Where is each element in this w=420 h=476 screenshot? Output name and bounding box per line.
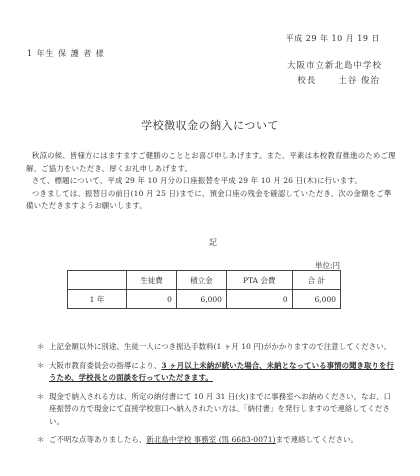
contact-info: 新北島中学校 事務室 (℡ 6683-0071) [146,435,275,444]
note-text-plain: まで連絡してください。 [276,435,358,444]
school-name: 大阪市立新北島中学校 [287,59,382,71]
note-text: 大阪市教育委員会の指導により、3 ヶ月以上未納が続いた場合、未納となっている事情… [49,360,397,385]
table-cell: 0 [127,290,177,309]
body-paragraph: さて、標題について、平成 29 年 10 月分の口座振替を平成 29 年 10 … [26,175,396,188]
note-text: ご不明な点等ありましたら、新北島中学校 事務室 (℡ 6683-0071)まで連… [49,434,397,447]
page-title: 学校徴収金の納入について [0,117,420,133]
table-row: 1 年 0 6,000 0 6,000 [68,290,341,309]
asterisk-icon: ＊ [37,360,49,385]
table-header-row: 生徒費 積立金 PTA 会費 合 計 [68,271,341,290]
asterisk-icon: ＊ [37,434,49,447]
asterisk-icon: ＊ [37,391,49,429]
note-text-plain: ご不明な点等ありましたら、 [49,435,146,444]
note-text-plain: 大阪市教育委員会の指導により、 [49,361,161,370]
column-header: 積立金 [176,271,226,290]
recipient: 1 年生 保 護 者 様 [27,48,105,59]
note-item: ＊ 上記金額以外に別途、生徒一人につき振込手数料(1 ヶ月 10 円)がかかりま… [37,341,397,354]
note-text: 上記金額以外に別途、生徒一人につき振込手数料(1 ヶ月 10 円)がかかりますの… [49,341,397,354]
body-paragraph: 秋涼の候、皆様方にはますますご健勝のこととお喜び申しあげます。また、平素は本校教… [26,150,396,175]
notes-list: ＊ 上記金額以外に別途、生徒一人につき振込手数料(1 ヶ月 10 円)がかかりま… [37,341,397,453]
asterisk-icon: ＊ [37,341,49,354]
fee-table: 生徒費 積立金 PTA 会費 合 計 1 年 0 6,000 0 6,000 [67,270,341,309]
letter-body: 秋涼の候、皆様方にはますますご健勝のこととお喜び申しあげます。また、平素は本校教… [26,150,396,213]
principal-signature: 校長土谷 俊治 [297,74,380,86]
note-text: 現金で納入される方は、所定の納付書にて 10 月 31 日(火)までに事務室へお… [49,391,397,429]
column-header [68,271,127,290]
principal-name: 土谷 俊治 [338,76,380,86]
column-header: PTA 会費 [226,271,292,290]
column-header: 生徒費 [127,271,177,290]
ki-heading: 記 [0,237,420,248]
note-item: ＊ ご不明な点等ありましたら、新北島中学校 事務室 (℡ 6683-0071)ま… [37,434,397,447]
table-cell: 6,000 [292,290,340,309]
note-item: ＊ 現金で納入される方は、所定の納付書にて 10 月 31 日(火)までに事務室… [37,391,397,429]
document-date: 平成 29 年 10 月 19 日 [286,33,380,44]
note-item: ＊ 大阪市教育委員会の指導により、3 ヶ月以上未納が続いた場合、未納となっている… [37,360,397,385]
body-paragraph: つきましては、振替日の前日(10 月 25 日)までに、預金口座の残金を確認して… [26,188,396,213]
principal-title: 校長 [297,76,316,86]
column-header: 合 計 [292,271,340,290]
table-cell: 0 [226,290,292,309]
table-cell: 6,000 [176,290,226,309]
row-label: 1 年 [68,290,127,309]
